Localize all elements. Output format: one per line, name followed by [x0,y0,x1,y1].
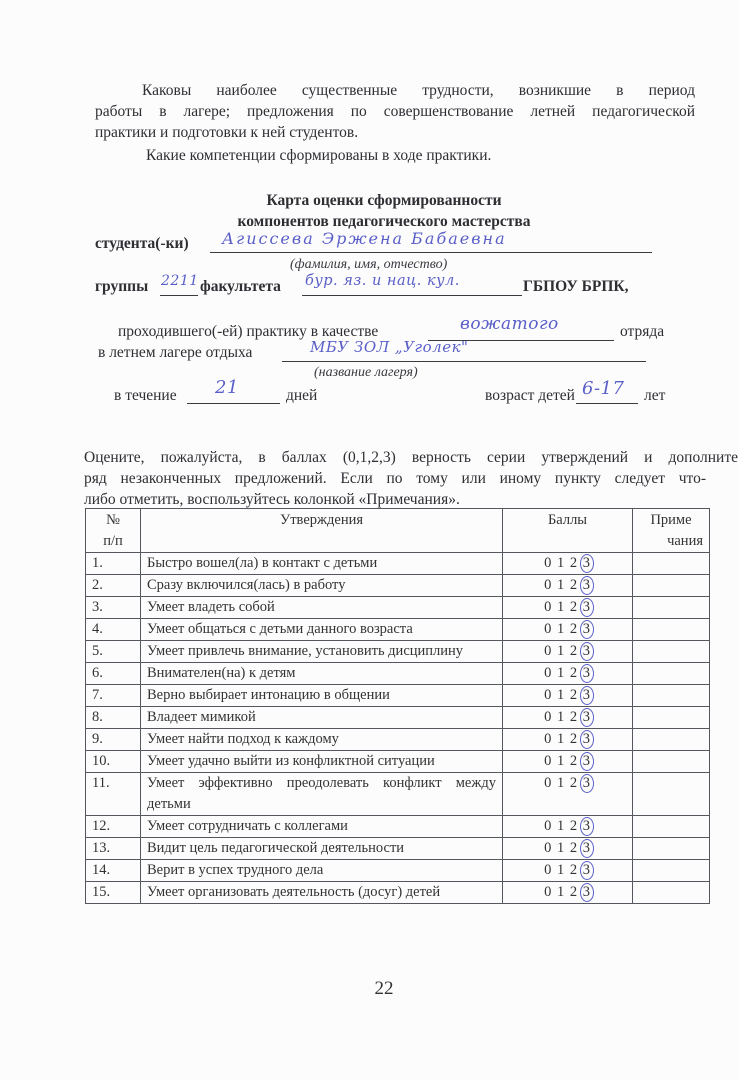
row-number: 4. [86,619,141,641]
score-option-1[interactable]: 1 [557,775,565,791]
score-option-2[interactable]: 2 [570,599,578,615]
row-number: 11. [86,773,141,816]
score-option-1[interactable]: 1 [557,621,565,637]
row-number: 13. [86,838,141,860]
row-note[interactable] [633,838,710,860]
row-number: 8. [86,707,141,729]
row-statement: Умеет эффективно преодолевать конфликт м… [141,773,503,816]
score-option-3-circled[interactable]: 3 [583,685,591,706]
header-number-line-1: № [92,510,134,531]
table-header-row: № п/п Утверждения Баллы Приме чания [86,509,710,553]
score-option-1[interactable]: 1 [557,840,565,856]
score-option-2[interactable]: 2 [570,709,578,725]
duration-field[interactable]: 21 [215,377,239,398]
table-row: 8.Владеет мимикой0 1 2 3 [86,707,710,729]
table-row: 15.Умеет организовать деятельность (досу… [86,882,710,904]
row-number: 6. [86,663,141,685]
row-note[interactable] [633,663,710,685]
row-score[interactable]: 0 1 2 3 [503,663,633,685]
score-option-0[interactable]: 0 [544,709,552,725]
row-statement: Умеет найти подход к каждому [141,729,503,751]
score-option-0[interactable]: 0 [544,731,552,747]
score-option-1[interactable]: 1 [557,599,565,615]
row-score[interactable]: 0 1 2 3 [503,553,633,575]
score-scale: 0 1 2 3 [544,619,591,640]
row-score[interactable]: 0 1 2 3 [503,729,633,751]
score-option-2[interactable]: 2 [570,687,578,703]
table-row: 2.Сразу включился(лась) в работу0 1 2 3 [86,575,710,597]
score-scale: 0 1 2 3 [544,575,591,596]
duration-suffix: дней [286,385,317,406]
table-row: 7.Верно выбирает интонацию в общении0 1 … [86,685,710,707]
row-statement: Видит цель педагогической деятельности [141,838,503,860]
row-score[interactable]: 0 1 2 3 [503,707,633,729]
score-option-1[interactable]: 1 [557,709,565,725]
camp-underline [282,361,646,362]
score-option-1[interactable]: 1 [557,818,565,834]
score-scale: 0 1 2 3 [544,553,591,574]
score-option-0[interactable]: 0 [544,555,552,571]
row-statement: Сразу включился(лась) в работу [141,575,503,597]
camp-caption: (название лагеря) [314,365,418,381]
score-scale: 0 1 2 3 [544,729,591,750]
page-number: 22 [0,978,738,1000]
row-note[interactable] [633,773,710,816]
score-scale: 0 1 2 3 [544,641,591,662]
score-option-0[interactable]: 0 [544,687,552,703]
score-option-1[interactable]: 1 [557,884,565,900]
score-option-3-circled[interactable]: 3 [583,838,591,859]
role-suffix: отряда [620,321,664,342]
header-number-line-2: п/п [92,531,134,552]
score-scale: 0 1 2 3 [544,838,591,859]
score-option-2[interactable]: 2 [570,862,578,878]
row-statement: Верит в успех трудного дела [141,860,503,882]
student-caption: (фамилия, имя, отчество) [290,257,447,273]
score-option-0[interactable]: 0 [544,599,552,615]
question-1-line-1: Каковы наиболее существенные трудности, … [142,80,695,101]
score-scale: 0 1 2 3 [544,597,591,618]
row-number: 14. [86,860,141,882]
row-statement: Верно выбирает интонацию в общении [141,685,503,707]
score-option-0[interactable]: 0 [544,577,552,593]
age-suffix: лет [644,385,665,406]
score-option-2[interactable]: 2 [570,577,578,593]
row-note[interactable] [633,641,710,663]
score-option-1[interactable]: 1 [557,862,565,878]
row-note[interactable] [633,619,710,641]
row-statement: Умеет сотрудничать с коллегами [141,816,503,838]
score-option-2[interactable]: 2 [570,555,578,571]
row-number: 9. [86,729,141,751]
table-row: 5.Умеет привлечь внимание, установить ди… [86,641,710,663]
student-name-field[interactable]: Агиссева Эржена Бабаевна [222,229,507,248]
age-label: возраст детей [485,385,575,406]
score-option-3-circled[interactable]: 3 [583,575,591,596]
score-option-3-circled[interactable]: 3 [583,860,591,881]
role-field[interactable]: вожатого [460,314,559,334]
score-option-0[interactable]: 0 [544,840,552,856]
table-row: 11.Умеет эффективно преодолевать конфлик… [86,773,710,816]
score-option-2[interactable]: 2 [570,775,578,791]
row-note[interactable] [633,860,710,882]
row-score[interactable]: 0 1 2 3 [503,619,633,641]
row-statement: Умеет владеть собой [141,597,503,619]
score-option-1[interactable]: 1 [557,753,565,769]
row-statement: Умеет общаться с детьми данного возраста [141,619,503,641]
table-row: 10.Умеет удачно выйти из конфликтной сит… [86,751,710,773]
instructions-line-1: Оцените, пожалуйста, в баллах (0,1,2,3) … [84,447,738,468]
row-note[interactable] [633,729,710,751]
student-label: студента(-ки) [95,233,189,254]
score-option-0[interactable]: 0 [544,643,552,659]
group-underline [160,295,198,296]
row-number: 12. [86,816,141,838]
score-scale: 0 1 2 3 [544,860,591,881]
age-field[interactable]: 6-17 [582,378,624,399]
score-scale: 0 1 2 3 [544,882,591,903]
table-row: 9.Умеет найти подход к каждому0 1 2 3 [86,729,710,751]
score-option-2[interactable]: 2 [570,884,578,900]
table-row: 3.Умеет владеть собой0 1 2 3 [86,597,710,619]
row-note[interactable] [633,816,710,838]
score-scale: 0 1 2 3 [544,707,591,728]
row-score[interactable]: 0 1 2 3 [503,685,633,707]
table-row: 13.Видит цель педагогической деятельност… [86,838,710,860]
question-1-line-2: работы в лагере; предложения по совершен… [95,101,695,122]
instructions-line-2: ряд незаконченных предложений. Если по т… [84,468,706,489]
institution-name: ГБПОУ БРПК, [523,276,629,297]
score-option-2[interactable]: 2 [570,643,578,659]
faculty-field[interactable]: бур. яз. и нац. кул. [305,273,460,289]
table-row: 4.Умеет общаться с детьми данного возрас… [86,619,710,641]
header-notes-line-1: Приме [639,510,703,531]
table-row: 14.Верит в успех трудного дела0 1 2 3 [86,860,710,882]
table-row: 12.Умеет сотрудничать с коллегами0 1 2 3 [86,816,710,838]
age-underline [576,403,638,404]
score-scale: 0 1 2 3 [544,773,591,794]
score-option-0[interactable]: 0 [544,665,552,681]
header-score: Баллы [503,509,633,553]
score-option-2[interactable]: 2 [570,731,578,747]
row-note[interactable] [633,751,710,773]
instructions-line-3: либо отметить, воспользуйтесь колонкой «… [84,489,706,510]
score-option-3-circled[interactable]: 3 [583,816,591,837]
score-option-2[interactable]: 2 [570,818,578,834]
score-option-3-circled[interactable]: 3 [583,597,591,618]
faculty-label: факультета [200,276,281,297]
row-number: 15. [86,882,141,904]
row-score[interactable]: 0 1 2 3 [503,641,633,663]
row-score[interactable]: 0 1 2 3 [503,773,633,816]
group-field[interactable]: 2211 [161,273,199,289]
score-option-0[interactable]: 0 [544,753,552,769]
row-score[interactable]: 0 1 2 3 [503,575,633,597]
camp-label: в летнем лагере отдыха [98,342,252,363]
header-notes: Приме чания [633,509,710,553]
duration-label: в течение [114,385,177,406]
header-number: № п/п [86,509,141,553]
score-scale: 0 1 2 3 [544,816,591,837]
header-notes-line-2: чания [639,531,703,552]
score-option-2[interactable]: 2 [570,840,578,856]
score-option-3-circled[interactable]: 3 [583,619,591,640]
score-option-2[interactable]: 2 [570,621,578,637]
row-score[interactable]: 0 1 2 3 [503,838,633,860]
row-statement: Владеет мимикой [141,707,503,729]
score-option-1[interactable]: 1 [557,665,565,681]
table-row: 1.Быстро вошел(ла) в контакт с детьми0 1… [86,553,710,575]
score-option-0[interactable]: 0 [544,621,552,637]
score-option-1[interactable]: 1 [557,555,565,571]
score-option-0[interactable]: 0 [544,775,552,791]
row-score[interactable]: 0 1 2 3 [503,597,633,619]
header-statement: Утверждения [141,509,503,553]
question-1-line-3: практики и подготовки к ней студентов. [95,122,695,143]
score-option-2[interactable]: 2 [570,665,578,681]
row-note[interactable] [633,597,710,619]
score-option-3-circled[interactable]: 3 [583,773,591,794]
score-option-3-circled[interactable]: 3 [583,707,591,728]
assessment-table: № п/п Утверждения Баллы Приме чания 1.Бы… [85,508,710,904]
row-statement: Внимателен(на) к детям [141,663,503,685]
table-row: 6.Внимателен(на) к детям0 1 2 3 [86,663,710,685]
score-option-3-circled[interactable]: 3 [583,751,591,772]
row-statement: Умеет привлечь внимание, установить дисц… [141,641,503,663]
row-number: 1. [86,553,141,575]
row-note[interactable] [633,553,710,575]
row-note[interactable] [633,685,710,707]
card-title-line-1: Карта оценки сформированности [0,190,738,211]
score-scale: 0 1 2 3 [544,685,591,706]
row-number: 10. [86,751,141,773]
row-number: 3. [86,597,141,619]
score-option-0[interactable]: 0 [544,818,552,834]
score-scale: 0 1 2 3 [544,663,591,684]
row-number: 2. [86,575,141,597]
student-underline [210,252,652,253]
row-statement: Умеет удачно выйти из конфликтной ситуац… [141,751,503,773]
row-score[interactable]: 0 1 2 3 [503,860,633,882]
row-statement: Умеет организовать деятельность (досуг) … [141,882,503,904]
score-option-0[interactable]: 0 [544,862,552,878]
group-label: группы [95,276,148,297]
score-option-2[interactable]: 2 [570,753,578,769]
faculty-underline [302,295,522,296]
score-option-3-circled[interactable]: 3 [583,882,591,903]
duration-underline [187,403,280,404]
score-option-3-circled[interactable]: 3 [583,641,591,662]
table-body: 1.Быстро вошел(ла) в контакт с детьми0 1… [86,553,710,904]
score-option-1[interactable]: 1 [557,687,565,703]
row-note[interactable] [633,707,710,729]
row-statement: Быстро вошел(ла) в контакт с детьми [141,553,503,575]
score-scale: 0 1 2 3 [544,751,591,772]
score-option-1[interactable]: 1 [557,731,565,747]
row-number: 7. [86,685,141,707]
score-option-1[interactable]: 1 [557,577,565,593]
score-option-3-circled[interactable]: 3 [583,553,591,574]
score-option-1[interactable]: 1 [557,643,565,659]
row-number: 5. [86,641,141,663]
score-option-0[interactable]: 0 [544,884,552,900]
camp-field[interactable]: МБУ ЗОЛ „Уголек" [310,338,468,356]
score-option-3-circled[interactable]: 3 [583,663,591,684]
row-score[interactable]: 0 1 2 3 [503,882,633,904]
score-option-3-circled[interactable]: 3 [583,729,591,750]
row-note[interactable] [633,882,710,904]
question-2: Какие компетенции сформированы в ходе пр… [146,145,706,166]
row-score[interactable]: 0 1 2 3 [503,816,633,838]
row-note[interactable] [633,575,710,597]
row-score[interactable]: 0 1 2 3 [503,751,633,773]
